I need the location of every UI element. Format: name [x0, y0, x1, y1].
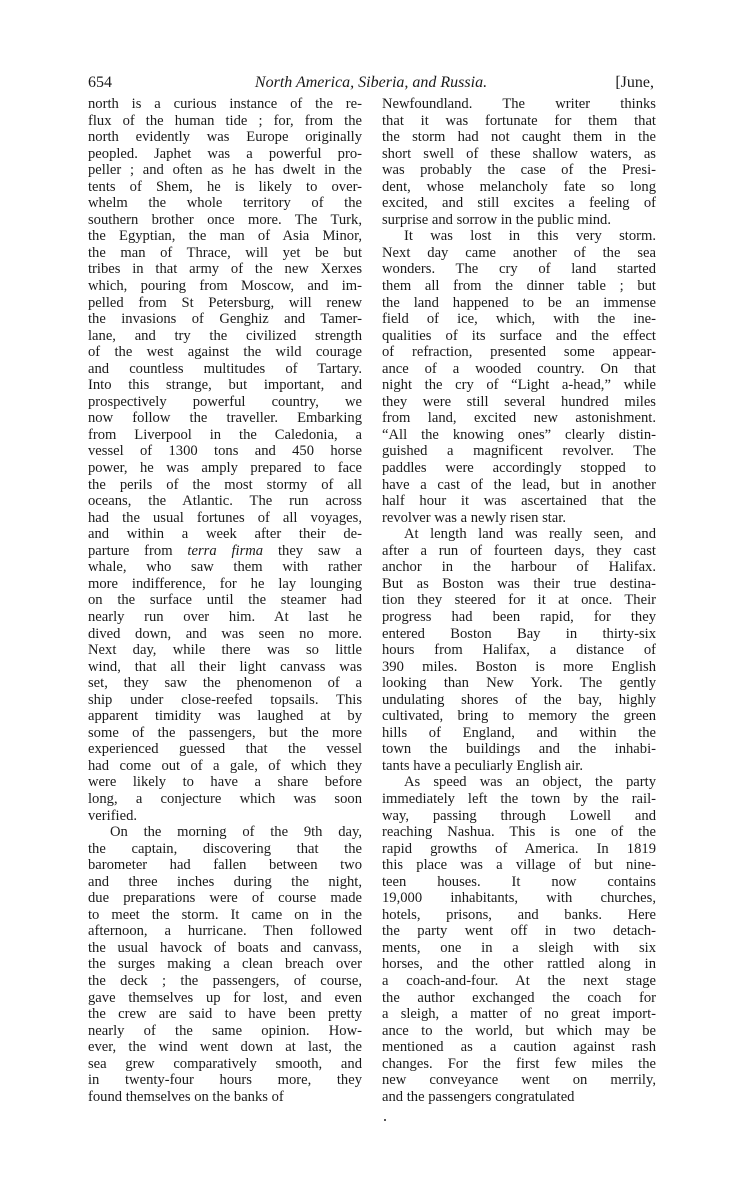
text-line: 390 miles. Boston is more English [382, 659, 656, 676]
text-line: now follow the traveller. Embarking [88, 410, 362, 427]
text-line: dived down, and was seen no more. [88, 626, 362, 643]
text-line: more indifference, for he lay lounging [88, 576, 362, 593]
text-line: the man of Thrace, will yet be but [88, 245, 362, 262]
text-line: cultivated, bring to memory the green [382, 708, 656, 725]
text-line: and within a week after their de- [88, 526, 362, 543]
text-line: tents of Shem, he is likely to over- [88, 179, 362, 196]
text-line: pelled from St Petersburg, will renew [88, 295, 362, 312]
text-line: was probably the case of the Presi- [382, 162, 656, 179]
text-line: peopled. Japhet was a powerful pro- [88, 146, 362, 163]
text-line: and countless multitudes of Tartary. [88, 361, 362, 378]
text-line: which, pouring from Moscow, and im- [88, 278, 362, 295]
text-line: the crew are said to have been pretty [88, 1006, 362, 1023]
text-line: peller ; and often as he has dwelt in th… [88, 162, 362, 179]
text-line: set, they saw the phenomenon of a [88, 675, 362, 692]
text-line: Into this strange, but important, and [88, 377, 362, 394]
text-line: whale, who saw them with rather [88, 559, 362, 576]
text-line: from land, excited new astonishment. [382, 410, 656, 427]
text-line: that it was fortunate for them that [382, 113, 656, 130]
text-line: At length land was really seen, and [382, 526, 656, 543]
text-run: parture from [88, 543, 187, 559]
text-line: Newfoundland. The writer thinks [382, 96, 656, 113]
text-line: dent, whose melancholy fate so long [382, 179, 656, 196]
text-line: But as Boston was their true destina- [382, 576, 656, 593]
text-line: and the passengers congratulated [382, 1089, 656, 1106]
text-line: southern brother once more. The Turk, [88, 212, 362, 229]
text-run: they saw a [263, 543, 362, 559]
text-line: verified. [88, 808, 362, 825]
text-line: field of ice, which, with the ine- [382, 311, 656, 328]
text-line: the deck ; the passengers, of course, [88, 973, 362, 990]
text-line: apparent timidity was laughed at by [88, 708, 362, 725]
text-line: north evidently was Europe originally [88, 129, 362, 146]
italic-phrase: terra firma [187, 543, 263, 559]
text-line: nearly of the same opinion. How- [88, 1023, 362, 1040]
text-line: the invasions of Genghiz and Tamer- [88, 311, 362, 328]
text-line: town the buildings and the inhabi- [382, 741, 656, 758]
text-line: of the west against the wild courage [88, 344, 362, 361]
text-line: the Egyptian, the man of Asia Minor, [88, 228, 362, 245]
text-line: 19,000 inhabitants, with churches, [382, 890, 656, 907]
text-line: ance to the world, but which may be [382, 1023, 656, 1040]
text-line: long, a conjecture which was soon [88, 791, 362, 808]
text-line: As speed was an object, the party [382, 774, 656, 791]
running-title: North America, Siberia, and Russia. [88, 72, 654, 94]
text-line: night the cry of “Light a-head,” while [382, 377, 656, 394]
text-line: some of the passengers, but the more [88, 725, 362, 742]
text-line: qualities of its surface and the effect [382, 328, 656, 345]
text-line: ments, one in a sleigh with six [382, 940, 656, 957]
text-line: they were still several hundred miles [382, 394, 656, 411]
text-line: were likely to have a share before [88, 774, 362, 791]
text-line: immediately left the town by the rail- [382, 791, 656, 808]
text-line: a coach-and-four. At the next stage [382, 973, 656, 990]
text-line: anchor in the harbour of Halifax. [382, 559, 656, 576]
text-line: found themselves on the banks of [88, 1089, 362, 1106]
text-line: vessel of 1300 tons and 450 horse [88, 443, 362, 460]
text-line: a sleigh, a matter of no great import- [382, 1006, 656, 1023]
text-line: looking than New York. The gently [382, 675, 656, 692]
text-line: power, he was amply prepared to face [88, 460, 362, 477]
text-line: progress had been rapid, for they [382, 609, 656, 626]
text-line: lane, and try the civilized strength [88, 328, 362, 345]
text-line: rapid growths of America. In 1819 [382, 841, 656, 858]
text-line: the party went off in two detach- [382, 923, 656, 940]
text-line: short swell of these shallow waters, as [382, 146, 656, 163]
text-line: ance of a wooded country. On that [382, 361, 656, 378]
text-line: afternoon, a hurricane. Then followed [88, 923, 362, 940]
text-line: the surges making a clean breach over [88, 956, 362, 973]
text-line: hotels, prisons, and banks. Here [382, 907, 656, 924]
text-line: whelm the whole territory of the [88, 195, 362, 212]
text-line: ship under close-reefed topsails. This [88, 692, 362, 709]
text-line: the author exchanged the coach for [382, 990, 656, 1007]
text-line: sea grew comparatively smooth, and [88, 1056, 362, 1073]
text-line: tribes in that army of the new Xerxes [88, 261, 362, 278]
text-line: had the usual fortunes of all voyages, [88, 510, 362, 527]
text-line: on the surface until the steamer had [88, 592, 362, 609]
left-column: north is a curious instance of the re-fl… [88, 96, 362, 1105]
text-line: of refraction, presented some appear- [382, 344, 656, 361]
text-line: wonders. The cry of land started [382, 261, 656, 278]
text-line: flux of the human tide ; for, from the [88, 113, 362, 130]
text-line: teen houses. It now contains [382, 874, 656, 891]
text-line: the land happened to be an immense [382, 295, 656, 312]
text-line: in twenty-four hours more, they [88, 1072, 362, 1089]
text-line: revolver was a newly risen star. [382, 510, 656, 527]
text-line: gave themselves up for lost, and even [88, 990, 362, 1007]
text-line: had come out of a gale, of which they [88, 758, 362, 775]
text-line: tants have a peculiarly English air. [382, 758, 656, 775]
book-page: 654 North America, Siberia, and Russia. … [88, 72, 654, 96]
text-line: entered Boston Bay in thirty-six [382, 626, 656, 643]
text-line: undulating shores of the bay, highly [382, 692, 656, 709]
text-line: new conveyance went on merrily, [382, 1072, 656, 1089]
text-line: experienced guessed that the vessel [88, 741, 362, 758]
text-line: It was lost in this very storm. [382, 228, 656, 245]
text-line: barometer had fallen between two [88, 857, 362, 874]
text-line: On the morning of the 9th day, [88, 824, 362, 841]
text-line: the captain, discovering that the [88, 841, 362, 858]
text-line: tion they steered for it at once. Their [382, 592, 656, 609]
text-line: this place was a village of but nine- [382, 857, 656, 874]
text-line: paddles were accordingly stopped to [382, 460, 656, 477]
text-line: way, passing through Lowell and [382, 808, 656, 825]
text-line: Next day, while there was so little [88, 642, 362, 659]
right-column: Newfoundland. The writer thinksthat it w… [382, 96, 656, 1105]
text-line: guished a magnificent revolver. The [382, 443, 656, 460]
text-line: the usual havock of boats and canvass, [88, 940, 362, 957]
print-speck [384, 1119, 386, 1121]
text-line: the storm had not caught them in the [382, 129, 656, 146]
text-line: surprise and sorrow in the public mind. [382, 212, 656, 229]
text-line: “All the knowing ones” clearly distin- [382, 427, 656, 444]
text-line: hills of England, and within the [382, 725, 656, 742]
text-line: from Liverpool in the Caledonia, a [88, 427, 362, 444]
text-line: ever, the wind went down at last, the [88, 1039, 362, 1056]
text-line: wind, that all their light canvass was [88, 659, 362, 676]
text-line: them all from the dinner table ; but [382, 278, 656, 295]
text-line: half hour it was ascertained that the [382, 493, 656, 510]
text-line: mentioned as a caution against rash [382, 1039, 656, 1056]
text-line: and three inches during the night, [88, 874, 362, 891]
text-line: the perils of the most stormy of all [88, 477, 362, 494]
text-line: nearly run over him. At last he [88, 609, 362, 626]
text-line: after a run of fourteen days, they cast [382, 543, 656, 560]
text-line: Next day came another of the sea [382, 245, 656, 262]
text-line: due preparations were of course made [88, 890, 362, 907]
text-line: parture from terra firma they saw a [88, 543, 362, 560]
text-line: north is a curious instance of the re- [88, 96, 362, 113]
text-line: to meet the storm. It came on in the [88, 907, 362, 924]
text-line: prospectively powerful country, we [88, 394, 362, 411]
text-line: oceans, the Atlantic. The run across [88, 493, 362, 510]
running-month: [June, [615, 72, 654, 94]
running-head: 654 North America, Siberia, and Russia. … [88, 72, 654, 94]
text-line: hours from Halifax, a distance of [382, 642, 656, 659]
text-line: have a cast of the lead, but in another [382, 477, 656, 494]
text-line: excited, and still excites a feeling of [382, 195, 656, 212]
text-line: horses, and the other rattled along in [382, 956, 656, 973]
text-line: changes. For the first few miles the [382, 1056, 656, 1073]
text-line: reaching Nashua. This is one of the [382, 824, 656, 841]
